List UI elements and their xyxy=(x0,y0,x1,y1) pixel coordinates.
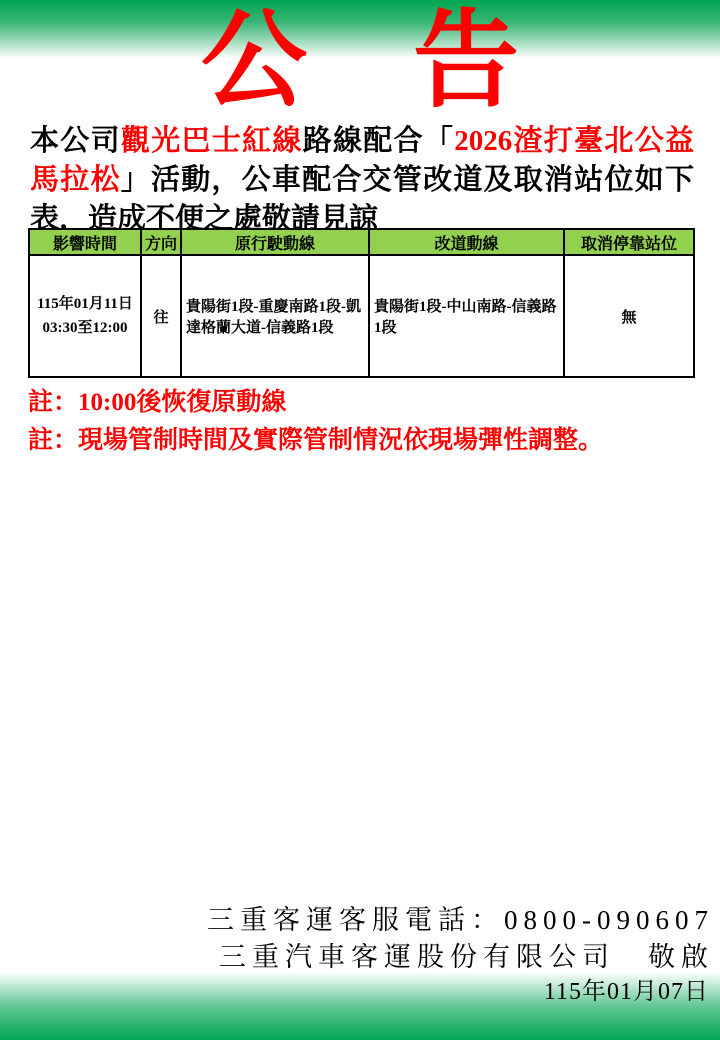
header-affected-time: 影響時間 xyxy=(29,229,141,255)
header-cancelled-stops: 取消停靠站位 xyxy=(564,229,694,255)
cell-detour-route: 貴陽街1段-中山南路-信義路1段 xyxy=(369,255,564,377)
note-restore-route: 註：10:00後恢復原動線 xyxy=(28,384,603,422)
announcement-page: 公 告 本公司觀光巴士紅線路線配合「2026渣打臺北公益馬拉松」活動，公車配合交… xyxy=(0,0,720,1040)
intro-paragraph: 本公司觀光巴士紅線路線配合「2026渣打臺北公益馬拉松」活動，公車配合交管改道及… xyxy=(30,122,694,239)
intro-segment-middle: 路線配合「 xyxy=(303,125,455,157)
footer-date: 115年01月07日 xyxy=(207,976,709,1009)
affected-date: 115年01月11日 xyxy=(30,292,140,316)
header-original-route: 原行駛動線 xyxy=(181,229,369,255)
affected-hours: 03:30至12:00 xyxy=(30,316,140,340)
intro-segment-company: 本公司 xyxy=(30,125,121,157)
footer-company-signature: 三重汽車客運股份有限公司 敬啟 xyxy=(207,939,714,976)
footer-service-phone: 三重客運客服電話：0800-090607 xyxy=(207,902,714,939)
cell-original-route: 貴陽街1段-重慶南路1段-凱達格蘭大道-信義路1段 xyxy=(181,255,369,377)
cell-direction: 往 xyxy=(141,255,181,377)
page-title: 公 告 xyxy=(0,2,720,122)
intro-segment-route-name: 觀光巴士紅線 xyxy=(121,125,303,157)
header-detour-route: 改道動線 xyxy=(369,229,564,255)
cell-cancelled-stops: 無 xyxy=(564,255,694,377)
cell-affected-time: 115年01月11日 03:30至12:00 xyxy=(29,255,141,377)
header-direction: 方向 xyxy=(141,229,181,255)
table-header-row: 影響時間 方向 原行駛動線 改道動線 取消停靠站位 xyxy=(29,229,694,255)
footer-block: 三重客運客服電話：0800-090607 三重汽車客運股份有限公司 敬啟 115… xyxy=(207,902,708,1009)
notes-block: 註：10:00後恢復原動線 註：現場管制時間及實際管制情況依現場彈性調整。 xyxy=(28,384,603,460)
intro-segment-tail: 」活動，公車配合交管改道及取消站位如下表，造成不便之處敬請見諒 xyxy=(30,164,694,235)
table-row: 115年01月11日 03:30至12:00 往 貴陽街1段-重慶南路1段-凱達… xyxy=(29,255,694,377)
note-onsite-control: 註：現場管制時間及實際管制情況依現場彈性調整。 xyxy=(28,422,603,460)
route-change-table: 影響時間 方向 原行駛動線 改道動線 取消停靠站位 115年01月11日 03:… xyxy=(28,228,695,378)
